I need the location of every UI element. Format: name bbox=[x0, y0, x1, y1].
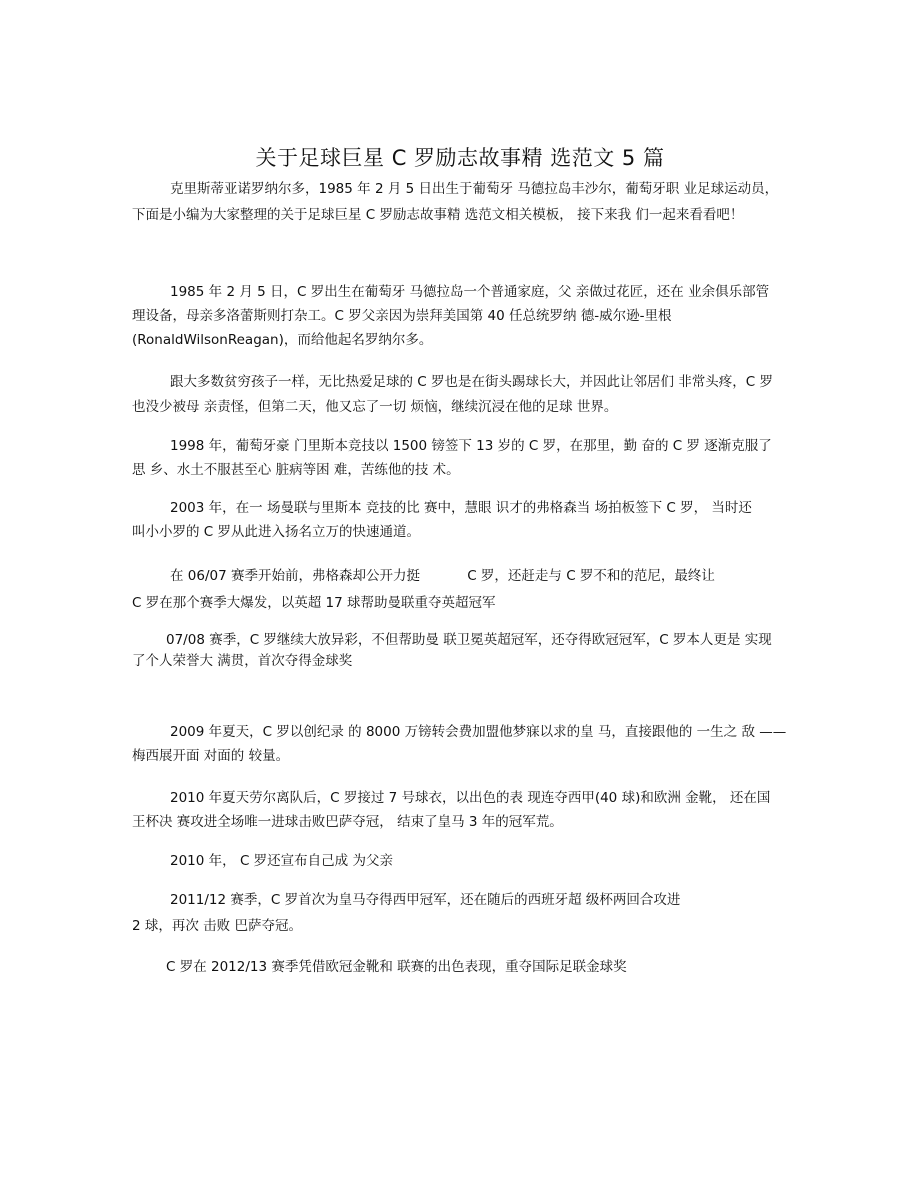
paragraph-2-line-2: 也没少被母 亲责怪，但第二天，他又忘了一切 烦恼，继续沉浸在他的足球 世界。 bbox=[132, 397, 617, 417]
paragraph-4-line-2: 叫小小罗的 C 罗从此进入扬名立万的快速通道。 bbox=[132, 522, 420, 542]
paragraph-11-line-1: C 罗在 2012/13 赛季凭借欧冠金靴和 联赛的出色表现，重夺国际足联金球奖 bbox=[166, 957, 627, 977]
paragraph-4-line-1: 2003 年，在一 场曼联与里斯本 竞技的比 赛中，慧眼 识才的弗格森当 场拍板… bbox=[170, 498, 752, 518]
paragraph-1-line-1: 1985 年 2 月 5 日，C 罗出生在葡萄牙 马德拉岛一个普通家庭，父 亲做… bbox=[170, 282, 769, 302]
paragraph-5-line-2: C 罗在那个赛季大爆发，以英超 17 球帮助曼联重夺英超冠军 bbox=[132, 593, 495, 613]
paragraph-9-line-1: 2010 年， C 罗还宣布自己成 为父亲 bbox=[170, 851, 393, 871]
paragraph-5-line-1: 在 06/07 赛季开始前，弗格森却公开力挺 C 罗，还赶走与 C 罗不和的范尼… bbox=[170, 566, 715, 586]
paragraph-7-line-1: 2009 年夏天，C 罗以创纪录 的 8000 万镑转会费加盟他梦寐以求的皇 马… bbox=[170, 722, 786, 742]
paragraph-2-line-1: 跟大多数贫穷孩子一样，无比热爱足球的 C 罗也是在街头踢球长大，并因此让邻居们 … bbox=[170, 372, 773, 392]
intro-line-2: 下面是小编为大家整理的关于足球巨星 C 罗励志故事精 选范文相关模板， 接下来我… bbox=[132, 205, 743, 225]
paragraph-6-line-1: 07/08 赛季，C 罗继续大放异彩，不但帮助曼 联卫冕英超冠军，还夺得欧冠冠军… bbox=[166, 630, 772, 650]
paragraph-1-line-3: (RonaldWilsonReagan)，而给他起名罗纳尔多。 bbox=[132, 330, 432, 350]
paragraph-1-line-2: 理设备，母亲多洛蕾斯则打杂工。C 罗父亲因为崇拜美国第 40 任总统罗纳 德-威… bbox=[132, 306, 672, 326]
paragraph-8-line-2: 王杯决 赛攻进全场唯一进球击败巴萨夺冠， 结束了皇马 3 年的冠军荒。 bbox=[132, 812, 563, 832]
paragraph-3-line-2: 思 乡、水土不服甚至心 脏病等困 难，苦练他的技 术。 bbox=[132, 460, 460, 480]
document-page: 关于足球巨星 C 罗励志故事精 选范文 5 篇 克里斯蒂亚诺罗纳尔多，1985 … bbox=[0, 0, 920, 1192]
paragraph-6-line-2: 了个人荣誉大 满贯，首次夺得金球奖 bbox=[132, 651, 352, 671]
paragraph-8-line-1: 2010 年夏天劳尔离队后，C 罗接过 7 号球衣，以出色的表 现连夺西甲(40… bbox=[170, 788, 770, 808]
paragraph-10-line-2: 2 球，再次 击败 巴萨夺冠。 bbox=[132, 916, 302, 936]
document-title: 关于足球巨星 C 罗励志故事精 选范文 5 篇 bbox=[0, 143, 920, 173]
paragraph-10-line-1: 2011/12 赛季，C 罗首次为皇马夺得西甲冠军，还在随后的西班牙超 级杯两回… bbox=[170, 890, 680, 910]
paragraph-7-line-2: 梅西展开面 对面的 较量。 bbox=[132, 746, 289, 766]
intro-line-1: 克里斯蒂亚诺罗纳尔多，1985 年 2 月 5 日出生于葡萄牙 马德拉岛丰沙尔，… bbox=[170, 179, 778, 199]
paragraph-3-line-1: 1998 年，葡萄牙豪 门里斯本竞技以 1500 镑签下 13 岁的 C 罗，在… bbox=[170, 436, 772, 456]
